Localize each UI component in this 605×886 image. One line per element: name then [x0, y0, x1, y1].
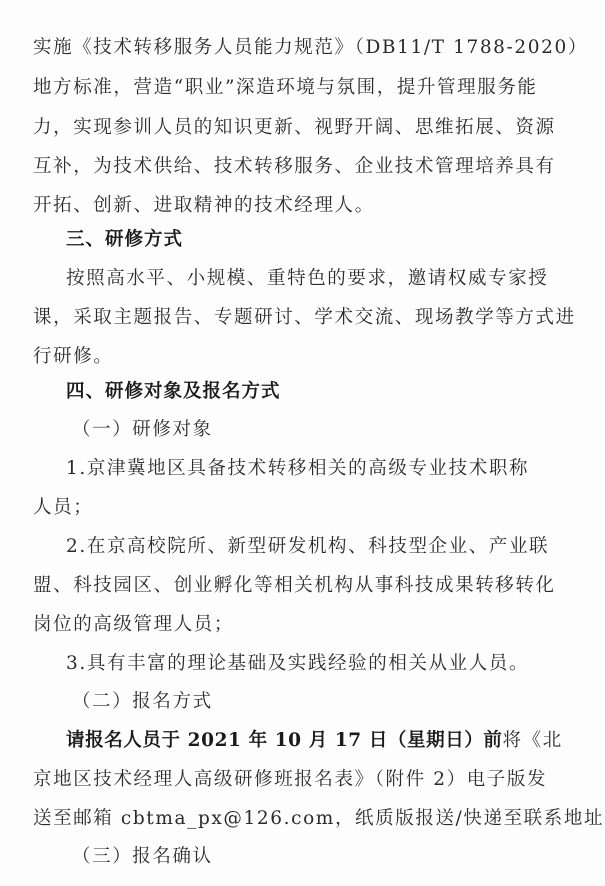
subheading-targets: （一）研修对象 — [72, 418, 572, 442]
list-item-2-cont: 盟、科技园区、创业孵化等相关机构从事科技成果转移转化 — [33, 574, 533, 598]
list-item-1-cont: 人员； — [33, 496, 533, 520]
document-page: 实施《技术转移服务人员能力规范》（DB11/T 1788-2020） 地方标准，… — [0, 0, 605, 886]
paragraph-line: 实施《技术转移服务人员能力规范》（DB11/T 1788-2020） — [33, 36, 533, 60]
list-item-2: 2.在京高校院所、新型研发机构、科技型企业、产业联 — [66, 535, 566, 559]
subheading-registration-confirm: （三）报名确认 — [72, 845, 572, 869]
subheading-registration-method: （二）报名方式 — [72, 690, 572, 714]
paragraph-text: 将《北 — [503, 730, 563, 751]
paragraph-line: 行研修。 — [33, 345, 533, 369]
list-item-3: 3.具有丰富的理论基础及实践经验的相关从业人员。 — [66, 652, 566, 676]
paragraph-line: 京地区技术经理人高级研修班报名表》（附件 2）电子版发 — [33, 768, 533, 792]
list-item-2-cont: 岗位的高级管理人员； — [33, 613, 533, 637]
paragraph-line: 地方标准，营造“职业”深造环境与氛围，提升管理服务能 — [33, 76, 533, 100]
registration-deadline: 请报名人员于 2021 年 10 月 17 日（星期日）前 — [66, 730, 503, 751]
paragraph-line: 课，采取主题报告、专题研讨、学术交流、现场教学等方式进 — [33, 306, 533, 330]
section-heading-3: 三、研修方式 — [66, 228, 566, 252]
paragraph-line: 按照高水平、小规模、重特色的要求，邀请权威专家授 — [66, 267, 566, 291]
paragraph-line: 力，实现参训人员的知识更新、视野开阔、思维拓展、资源 — [33, 116, 533, 140]
paragraph-line: 开拓、创新、进取精神的技术经理人。 — [33, 194, 533, 218]
list-item-1: 1.京津冀地区具备技术转移相关的高级专业技术职称 — [66, 457, 566, 481]
registration-paragraph: 请报名人员于 2021 年 10 月 17 日（星期日）前将《北 — [66, 729, 566, 753]
email-line: 送至邮箱 cbtma_px@126.com，纸质版报送/快递至联系地址。 — [33, 807, 533, 831]
paragraph-line: 互补，为技术供给、技术转移服务、企业技术管理培养具有 — [33, 155, 533, 179]
section-heading-4: 四、研修对象及报名方式 — [66, 380, 566, 404]
